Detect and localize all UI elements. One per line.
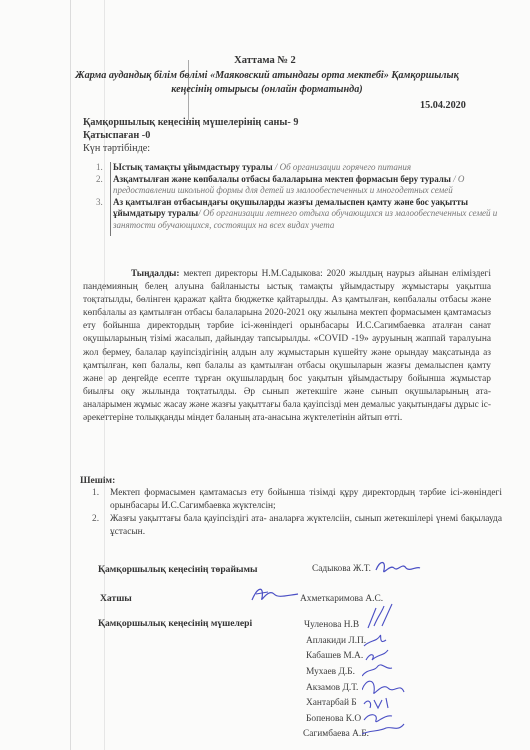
agenda-text-kz: Азқамтылған және көпбалалы отбасы балала… (113, 174, 451, 184)
agenda-item: 3. Аз қамтылған отбасындағы оқушыларды ж… (98, 197, 508, 232)
agenda-item: 2. Азқамтылған және көпбалалы отбасы бал… (98, 174, 508, 197)
member-name: Сагимбаева А.Б. (303, 729, 369, 739)
member-name: Акзамов Д.Т. (306, 683, 358, 693)
agenda-text-kz: Ыстық тамақты ұйымдастыру туралы (113, 162, 273, 172)
agenda-list: 1. Ыстық тамақты ұйымдастыру туралы / Об… (98, 162, 508, 231)
members-label: Қамқоршылық кеңесінің мүшелері (98, 618, 252, 629)
heard-text: мектеп директоры Н.М.Садыкова: 2020 жылд… (83, 269, 491, 423)
heard-label: Тыңдалды: (83, 269, 179, 279)
member-signatures-icon (362, 602, 408, 736)
secretary-signature-icon (248, 582, 300, 606)
document-title: Хаттама № 2 (0, 55, 530, 66)
heard-paragraph: Тыңдалды: мектеп директоры Н.М.Садыкова:… (83, 268, 491, 425)
member-name: Хантарбай Б (306, 698, 357, 708)
agenda-number: 1. (96, 162, 103, 174)
decision-item: 1. Мектеп формасымен қамтамасыз ету бойы… (92, 487, 502, 513)
decision-text: Мектеп формасымен қамтамасыз ету бойынша… (110, 488, 502, 511)
agenda-text-ru: / Об организации горячего питания (273, 162, 411, 172)
agenda-number: 3. (96, 197, 103, 209)
chair-label: Қамқоршылық кеңесінің төрайымы (98, 564, 258, 575)
member-name: Аплакиди Л.П. (306, 636, 366, 646)
absent-count: Қатыспаған -0 (83, 130, 150, 141)
chair-name: Садыкова Ж.Т. (312, 564, 371, 574)
members-count: Қамқоршылық кеңесінің мүшелерінің саны- … (83, 117, 298, 128)
document-date: 15.04.2020 (420, 100, 466, 111)
agenda-number: 2. (96, 174, 103, 186)
decision-number: 1. (92, 487, 99, 500)
agenda-label: Күн тәртібінде: (83, 143, 150, 154)
member-name: Мухаев Д.Б. (306, 667, 355, 677)
chair-signature-icon (372, 556, 422, 578)
scanned-document-page: Хаттама № 2 Жарма аудандық білім бөлімі … (0, 0, 530, 750)
decision-label: Шешім: (80, 475, 115, 486)
decision-list: 1. Мектеп формасымен қамтамасыз ету бойы… (92, 487, 502, 539)
member-name: Кабашев М.А. (306, 651, 363, 661)
agenda-item: 1. Ыстық тамақты ұйымдастыру туралы / Об… (98, 162, 508, 174)
decision-item: 2. Жазғы уақыттағы бала қауіпсіздігі ата… (92, 513, 502, 539)
decision-text: Жазғы уақыттағы бала қауіпсіздігі ата- а… (110, 514, 502, 537)
member-name: Чуленова Н.В (304, 620, 359, 630)
document-subtitle: Жарма аудандық білім бөлімі «Маяковский … (62, 69, 472, 97)
scan-artifact-line (70, 0, 71, 750)
secretary-label: Хатшы (100, 593, 132, 604)
member-name: Бопенова К.О (306, 714, 361, 724)
decision-number: 2. (92, 513, 99, 526)
